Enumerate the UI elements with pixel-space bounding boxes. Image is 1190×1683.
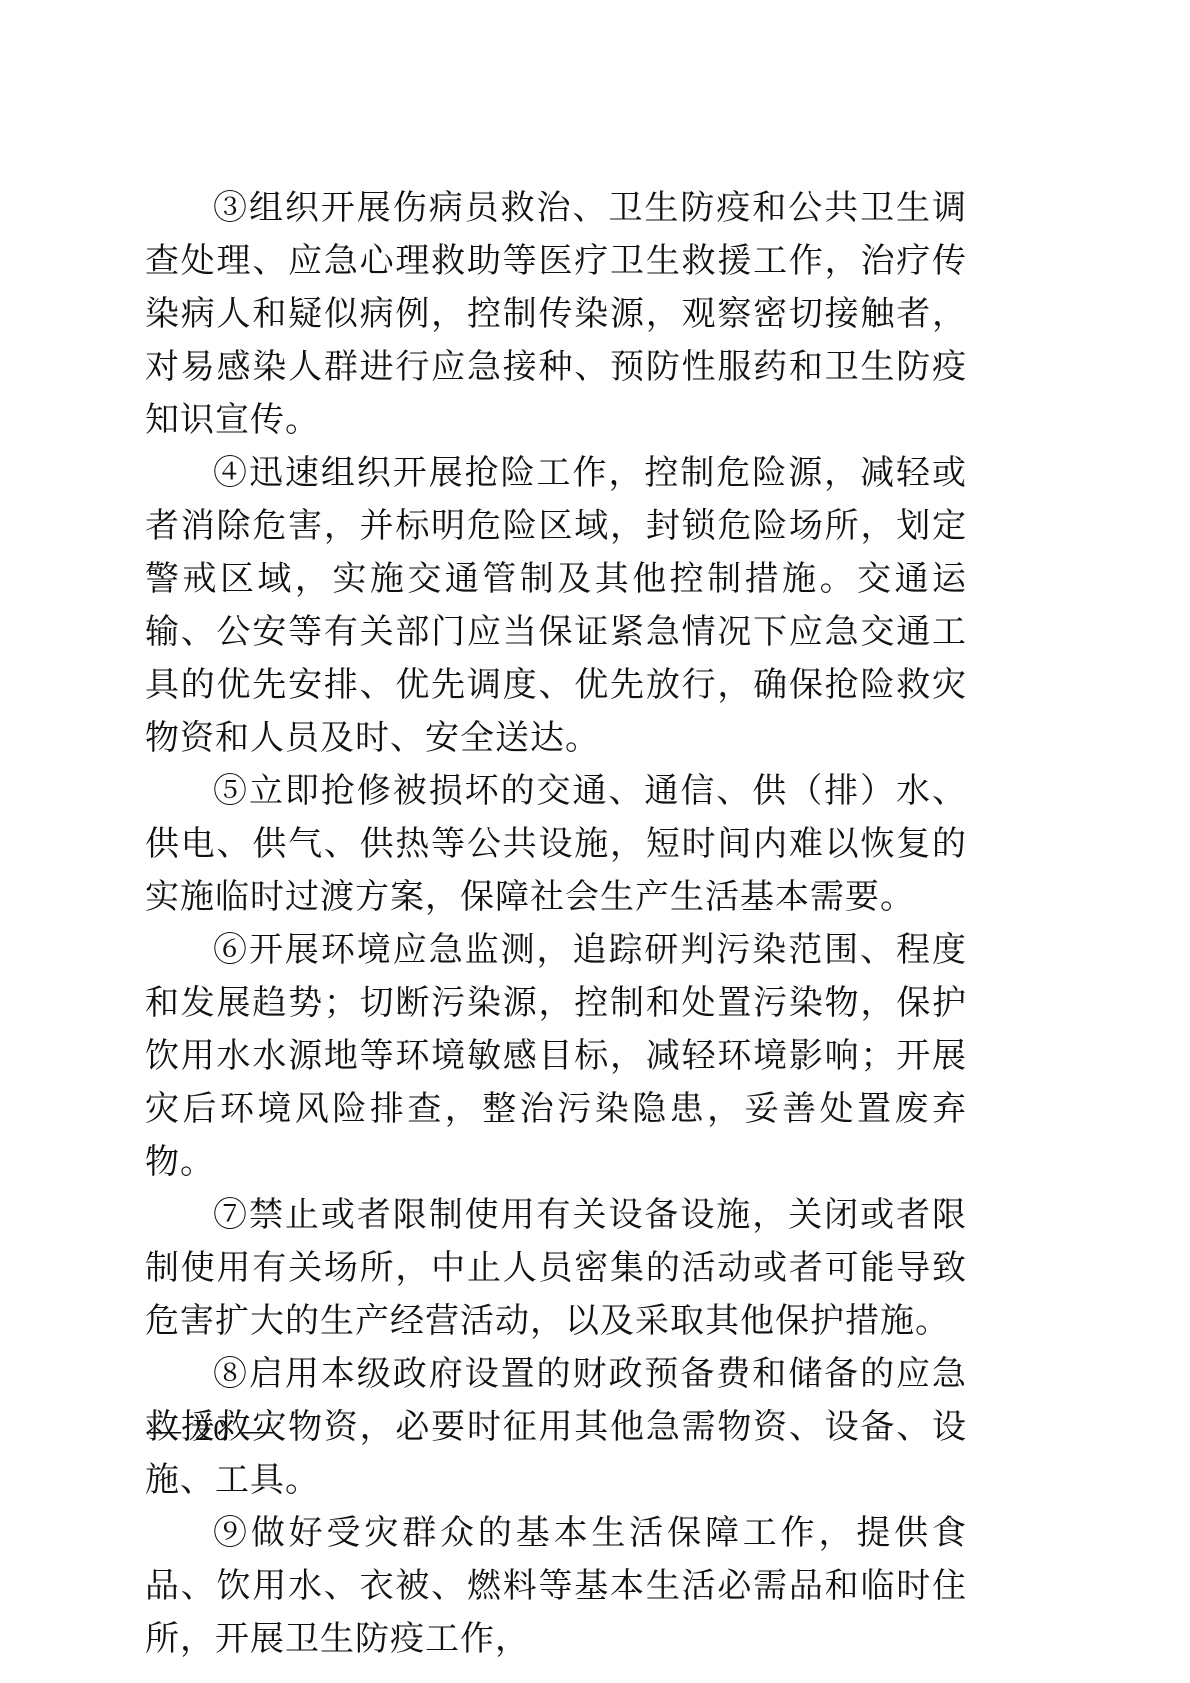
paragraph-item-5: ⑤立即抢修被损坏的交通、通信、供（排）水、供电、供气、供热等公共设施，短时间内难… [145,765,967,924]
paragraph-item-9: ⑨做好受灾群众的基本生活保障工作，提供食品、饮用水、衣被、燃料等基本生活必需品和… [145,1507,967,1666]
paragraph-item-7: ⑦禁止或者限制使用有关设备设施，关闭或者限制使用有关场所，中止人员密集的活动或者… [145,1189,967,1348]
paragraph-item-4: ④迅速组织开展抢险工作，控制危险源，减轻或者消除危害，并标明危险区域，封锁危险场… [145,447,967,765]
paragraph-item-6: ⑥开展环境应急监测，追踪研判污染范围、程度和发展趋势；切断污染源，控制和处置污染… [145,924,967,1189]
document-page: ③组织开展伤病员救治、卫生防疫和公共卫生调查处理、应急心理救助等医疗卫生救援工作… [0,0,1190,1683]
paragraph-item-3: ③组织开展伤病员救治、卫生防疫和公共卫生调查处理、应急心理救助等医疗卫生救援工作… [145,182,967,447]
page-number: — 20 — [150,1412,277,1448]
